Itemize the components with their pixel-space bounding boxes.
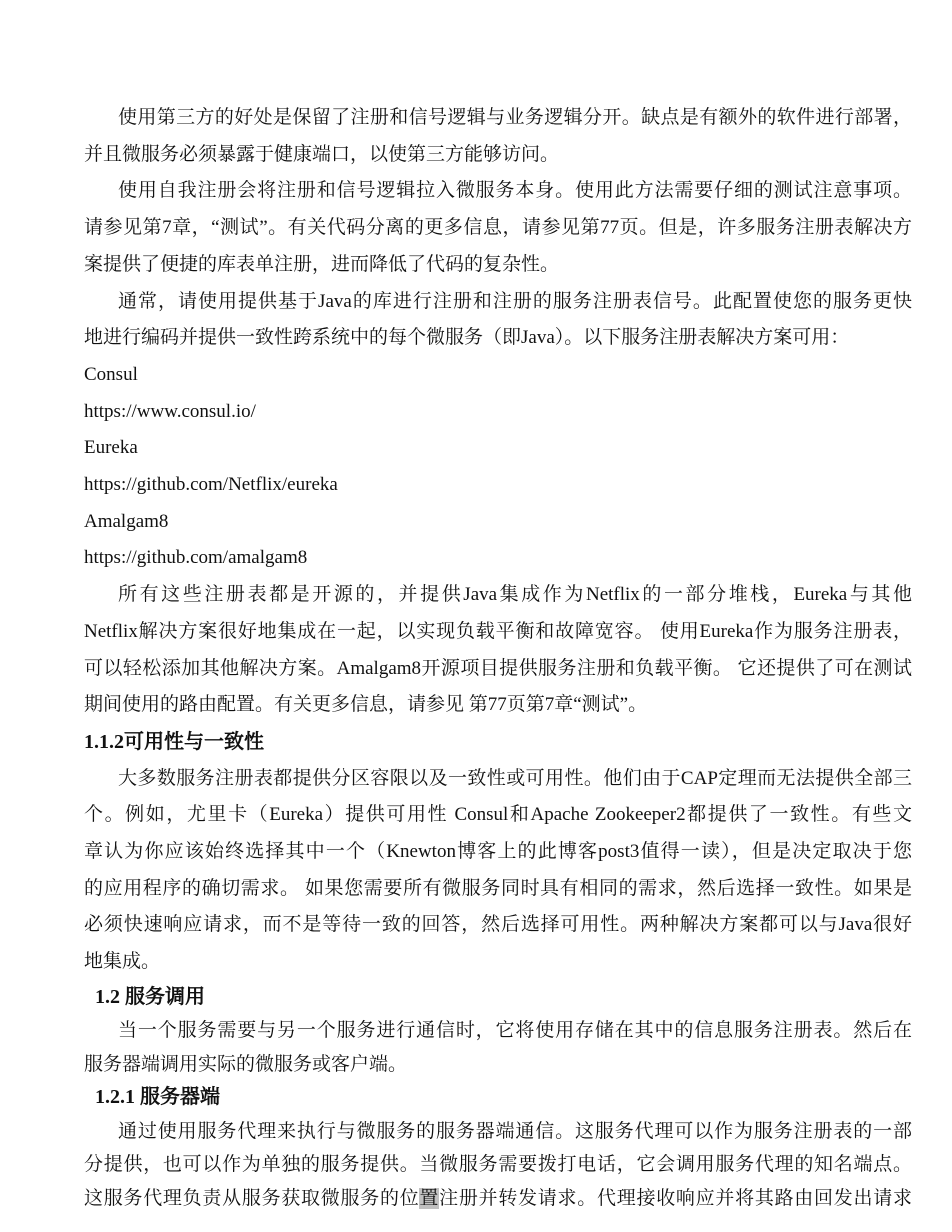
section-registry: 使用第三方的好处是保留了注册和信号逻辑与业务逻辑分开。缺点是有额外的软件进行部署… — [84, 100, 912, 981]
paragraph-line: 可以轻松添加其他解决方案。Amalgam8开源项目提供服务注册和负载平衡。 它还… — [84, 651, 912, 688]
list-line: Eureka — [84, 430, 912, 467]
paragraph-line: 的应用程序的确切需求。 如果您需要所有微服务同时具有相同的需求，然后选择一致性。… — [84, 871, 912, 908]
paragraph-line: 使用自我注册会将注册和信号逻辑拉入微服务本身。使用此方法需要仔细的测试注意事项。 — [84, 173, 912, 210]
paragraph-line: 案提供了便捷的库表单注册，进而降低了代码的复杂性。 — [84, 247, 912, 284]
list-line: Amalgam8 — [84, 504, 912, 541]
paragraph-line: 通常，请使用提供基于Java的库进行注册和注册的服务注册表信号。此配置使您的服务… — [84, 284, 912, 321]
selection-highlight: 置 — [419, 1188, 439, 1209]
document-content: 使用第三方的好处是保留了注册和信号逻辑与业务逻辑分开。缺点是有额外的软件进行部署… — [84, 100, 912, 1215]
paragraph-line: 地集成。 — [84, 944, 912, 981]
paragraph-line: 使用第三方的好处是保留了注册和信号逻辑与业务逻辑分开。缺点是有额外的软件进行部署… — [84, 100, 912, 137]
list-line: https://github.com/Netflix/eureka — [84, 467, 912, 504]
document-page: 使用第三方的好处是保留了注册和信号逻辑与业务逻辑分开。缺点是有额外的软件进行部署… — [0, 0, 952, 1232]
paragraph-line: 分提供，也可以作为单独的服务提供。当微服务需要拨打电话，它会调用服务代理的知名端… — [84, 1148, 912, 1182]
paragraph-line: 地进行编码并提供一致性跨系统中的每个微服务（即Java）。以下服务注册表解决方案… — [84, 320, 912, 357]
paragraph-line: 必须快速响应请求，而不是等待一致的回答，然后选择可用性。两种解决方案都可以与Ja… — [84, 907, 912, 944]
section-service-invocation: 1.2 服务调用当一个服务需要与另一个服务进行通信时，它将使用存储在其中的信息服… — [84, 981, 912, 1216]
paragraph-line: 这服务代理负责从服务获取微服务的位置注册并转发请求。代理接收响应并将其路由回发出… — [84, 1182, 912, 1216]
paragraph-line: 服务器端调用实际的微服务或客户端。 — [84, 1048, 912, 1082]
section-heading: 1.2 服务调用 — [84, 981, 912, 1015]
paragraph-line: 所有这些注册表都是开源的，并提供Java集成作为Netflix的一部分堆栈，Eu… — [84, 577, 912, 614]
paragraph-line: 当一个服务需要与另一个服务进行通信时，它将使用存储在其中的信息服务注册表。然后在 — [84, 1014, 912, 1048]
section-heading: 1.1.2可用性与一致性 — [84, 724, 912, 761]
paragraph-line: 期间使用的路由配置。有关更多信息，请参见 第77页第7章“测试”。 — [84, 687, 912, 724]
paragraph-line: 请参见第7章，“测试”。有关代码分离的更多信息，请参见第77页。但是，许多服务注… — [84, 210, 912, 247]
list-line: Consul — [84, 357, 912, 394]
list-line: https://github.com/amalgam8 — [84, 540, 912, 577]
section-heading: 1.2.1 服务器端 — [84, 1081, 912, 1115]
paragraph-line: 通过使用服务代理来执行与微服务的服务器端通信。这服务代理可以作为服务注册表的一部 — [84, 1115, 912, 1149]
paragraph-line: 大多数服务注册表都提供分区容限以及一致性或可用性。他们由于CAP定理而无法提供全… — [84, 761, 912, 798]
paragraph-line: 并且微服务必须暴露于健康端口，以使第三方能够访问。 — [84, 137, 912, 174]
list-line: https://www.consul.io/ — [84, 394, 912, 431]
paragraph-line: Netflix解决方案很好地集成在一起，以实现负载平衡和故障宽容。 使用Eure… — [84, 614, 912, 651]
paragraph-line: 章认为你应该始终选择其中一个（Knewton博客上的此博客post3值得一读），… — [84, 834, 912, 871]
text-segment: 这服务代理负责从服务获取微服务的位 — [84, 1188, 419, 1209]
text-segment: 注册并转发请求。代理接收响应并将其路由回发出请求 — [439, 1188, 912, 1209]
paragraph-line: 个。例如，尤里卡（Eureka）提供可用性 Consul和Apache Zook… — [84, 797, 912, 834]
